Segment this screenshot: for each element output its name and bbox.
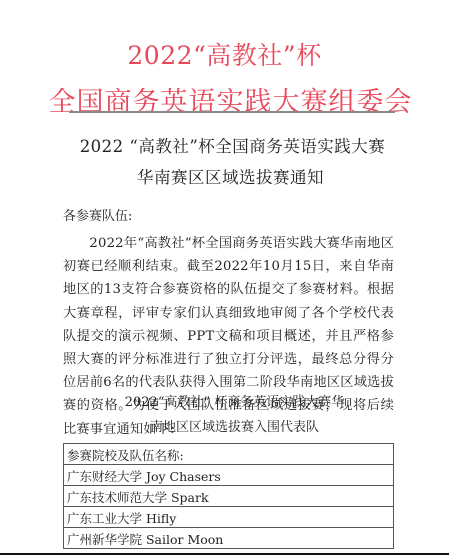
letterhead-divider xyxy=(69,111,395,113)
team-cell: 广东财经大学 Joy Chasers xyxy=(64,465,394,486)
notice-title-line2: 华南赛区区域选拔赛通知 xyxy=(6,164,449,188)
table-header-cell: 参赛院校及队伍名称: xyxy=(64,444,394,465)
finalist-teams-table: 参赛院校及队伍名称: 广东财经大学 Joy Chasers 广东技术师范大学 S… xyxy=(63,443,394,549)
table-caption-line2: 南地区区域选拔赛入围代表队 xyxy=(10,416,449,435)
table-header-row: 参赛院校及队伍名称: xyxy=(64,444,394,465)
letterhead-title-line1: 2022“高教社”杯 xyxy=(0,36,449,72)
salutation: 各参赛队伍: xyxy=(63,205,132,224)
letterhead-title-line2: 全国商务英语实践大赛组委会 xyxy=(6,80,449,119)
table-row: 广州新华学院 Sailor Moon xyxy=(64,528,394,549)
table-row: 广东技术师范大学 Spark xyxy=(64,486,394,507)
team-cell: 广州新华学院 Sailor Moon xyxy=(64,528,394,549)
team-cell: 广东工业大学 Hifly xyxy=(64,507,394,528)
team-cell: 广东技术师范大学 Spark xyxy=(64,486,394,507)
notice-title-line1: 2022 “高教社”杯全国商务英语实践大赛 xyxy=(8,133,449,157)
table-row: 广东工业大学 Hifly xyxy=(64,507,394,528)
table-row: 广东财经大学 Joy Chasers xyxy=(64,465,394,486)
table-caption-line1: 2022“高教社” 杯商务英语实践大赛华 xyxy=(10,391,449,410)
